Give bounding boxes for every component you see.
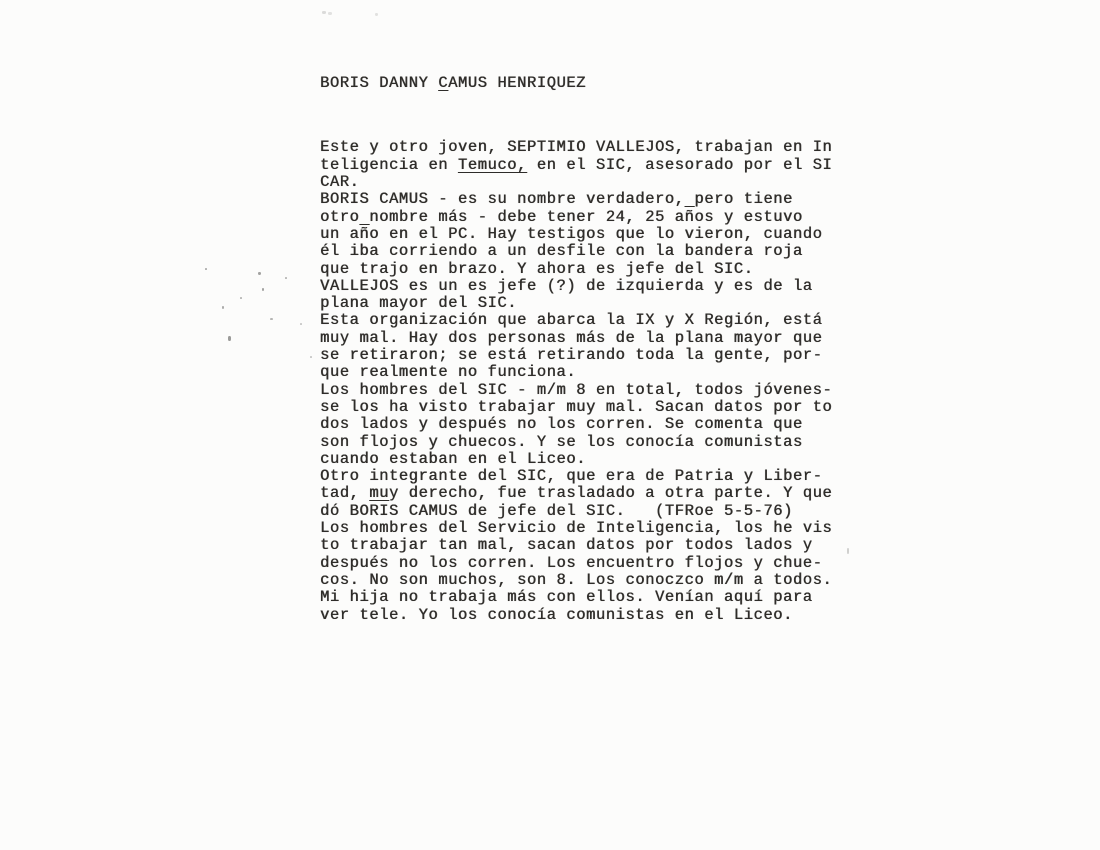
underlined-text: mu <box>369 484 389 502</box>
underlined-text <box>359 208 369 226</box>
text-line: otro nombre más - debe tener 24, 25 años… <box>320 209 862 226</box>
text-segment: AMUS HENRIQUEZ <box>448 74 586 92</box>
text-segment: Este y otro joven, SEPTIMIO VALLEJOS, tr… <box>320 138 832 156</box>
scan-speck <box>300 323 302 325</box>
scan-speck <box>310 356 312 358</box>
text-line: se los ha visto trabajar muy mal. Sacan … <box>320 399 862 416</box>
text-line: VALLEJOS es un es jefe (?) de izquierda … <box>320 278 862 295</box>
text-segment: en el SIC, asesorado por el SI <box>527 156 832 174</box>
scan-speck <box>262 288 264 291</box>
text-line: tad, muy derecho, fue trasladado a otra … <box>320 485 862 502</box>
text-segment: plana mayor del SIC. <box>320 294 517 312</box>
text-line: to trabajar tan mal, sacan datos por tod… <box>320 537 862 554</box>
text-segment: nombre más - debe tener 24, 25 años y es… <box>369 208 802 226</box>
text-segment: muy mal. Hay dos personas más de la plan… <box>320 329 822 347</box>
text-segment: Mi hija no trabaja más con ellos. Venían… <box>320 588 813 606</box>
scan-speck <box>258 272 261 275</box>
text-line: Esta organización que abarca la IX y X R… <box>320 312 862 329</box>
scan-speck <box>228 336 231 341</box>
text-line: Otro integrante del SIC, que era de Patr… <box>320 468 862 485</box>
text-line: que trajo en brazo. Y ahora es jefe del … <box>320 261 862 278</box>
text-line: CAR. <box>320 174 862 191</box>
document-body: Este y otro joven, SEPTIMIO VALLEJOS, tr… <box>320 139 862 623</box>
text-line: Mi hija no trabaja más con ellos. Venían… <box>320 589 862 606</box>
text-line: ver tele. Yo los conocía comunistas en e… <box>320 607 862 624</box>
text-block: BORIS DANNY CAMUS HENRIQUEZ Este y otro … <box>320 40 862 658</box>
text-segment: cuando estaban en el Liceo. <box>320 450 586 468</box>
text-line: dos lados y después no los corren. Se co… <box>320 416 862 433</box>
text-line: muy mal. Hay dos personas más de la plan… <box>320 330 862 347</box>
text-line: cos. No son muchos, son 8. Los conoczco … <box>320 572 862 589</box>
scan-speck <box>285 277 287 279</box>
scan-speck <box>205 268 207 270</box>
text-segment: ver tele. Yo los conocía comunistas en e… <box>320 606 793 624</box>
text-line: dó BORIS CAMUS de jefe del SIC. (TFRoe 5… <box>320 503 862 520</box>
text-line: Este y otro joven, SEPTIMIO VALLEJOS, tr… <box>320 139 862 156</box>
text-segment: Los hombres del SIC - m/m 8 en total, to… <box>320 381 832 399</box>
text-line: plana mayor del SIC. <box>320 295 862 312</box>
document-title: BORIS DANNY CAMUS HENRIQUEZ <box>320 75 862 92</box>
text-line: son flojos y chuecos. Y se los conocía c… <box>320 434 862 451</box>
text-segment: un año en el PC. Hay testigos que lo vie… <box>320 225 822 243</box>
text-segment: CAR. <box>320 173 359 191</box>
text-segment: se los ha visto trabajar muy mal. Sacan … <box>320 398 832 416</box>
text-segment: se retiraron; se está retirando toda la … <box>320 346 822 364</box>
scan-speck <box>222 306 224 309</box>
text-segment: Los hombres del Servicio de Inteligencia… <box>320 519 832 537</box>
underlined-text <box>685 190 695 208</box>
text-line: teligencia en Temuco, en el SIC, asesora… <box>320 157 862 174</box>
scan-speck <box>375 13 378 16</box>
underlined-text: C <box>438 74 448 92</box>
text-segment: después no los corren. Los encuentro flo… <box>320 554 822 572</box>
text-line: él iba corriendo a un desfile con la ban… <box>320 243 862 260</box>
scan-speck <box>847 548 849 554</box>
text-segment: cos. No son muchos, son 8. Los conoczco … <box>320 571 832 589</box>
text-line: Los hombres del Servicio de Inteligencia… <box>320 520 862 537</box>
underlined-text: Temuco, <box>458 156 527 174</box>
text-line: después no los corren. Los encuentro flo… <box>320 555 862 572</box>
text-segment: él iba corriendo a un desfile con la ban… <box>320 242 803 260</box>
text-segment: VALLEJOS es un es jefe (?) de izquierda … <box>320 277 813 295</box>
text-segment: teligencia en <box>320 156 458 174</box>
document-page: BORIS DANNY CAMUS HENRIQUEZ Este y otro … <box>0 0 1100 850</box>
text-segment: que trajo en brazo. Y ahora es jefe del … <box>320 260 753 278</box>
text-line: Los hombres del SIC - m/m 8 en total, to… <box>320 382 862 399</box>
text-segment: son flojos y chuecos. Y se los conocía c… <box>320 433 803 451</box>
text-segment: BORIS CAMUS - es su nombre verdadero, <box>320 190 685 208</box>
text-segment: otro <box>320 208 359 226</box>
text-segment: y derecho, fue trasladado a otra parte. … <box>389 484 832 502</box>
text-segment: tad, <box>320 484 369 502</box>
scan-speck <box>240 297 242 299</box>
scan-speck <box>322 11 326 14</box>
text-segment: to trabajar tan mal, sacan datos por tod… <box>320 536 813 554</box>
text-line: cuando estaban en el Liceo. <box>320 451 862 468</box>
scan-speck <box>328 12 332 15</box>
text-segment: pero tiene <box>694 190 793 208</box>
text-line: que realmente no funciona. <box>320 364 862 381</box>
text-line: se retiraron; se está retirando toda la … <box>320 347 862 364</box>
scan-speck <box>270 318 273 320</box>
text-segment: Otro integrante del SIC, que era de Patr… <box>320 467 822 485</box>
text-line: BORIS CAMUS - es su nombre verdadero, pe… <box>320 191 862 208</box>
text-segment: dó BORIS CAMUS de jefe del SIC. (TFRoe 5… <box>320 502 793 520</box>
text-segment: Esta organización que abarca la IX y X R… <box>320 311 822 329</box>
text-segment: que realmente no funciona. <box>320 363 576 381</box>
text-line: un año en el PC. Hay testigos que lo vie… <box>320 226 862 243</box>
text-segment: dos lados y después no los corren. Se co… <box>320 415 803 433</box>
text-segment: BORIS DANNY <box>320 74 438 92</box>
